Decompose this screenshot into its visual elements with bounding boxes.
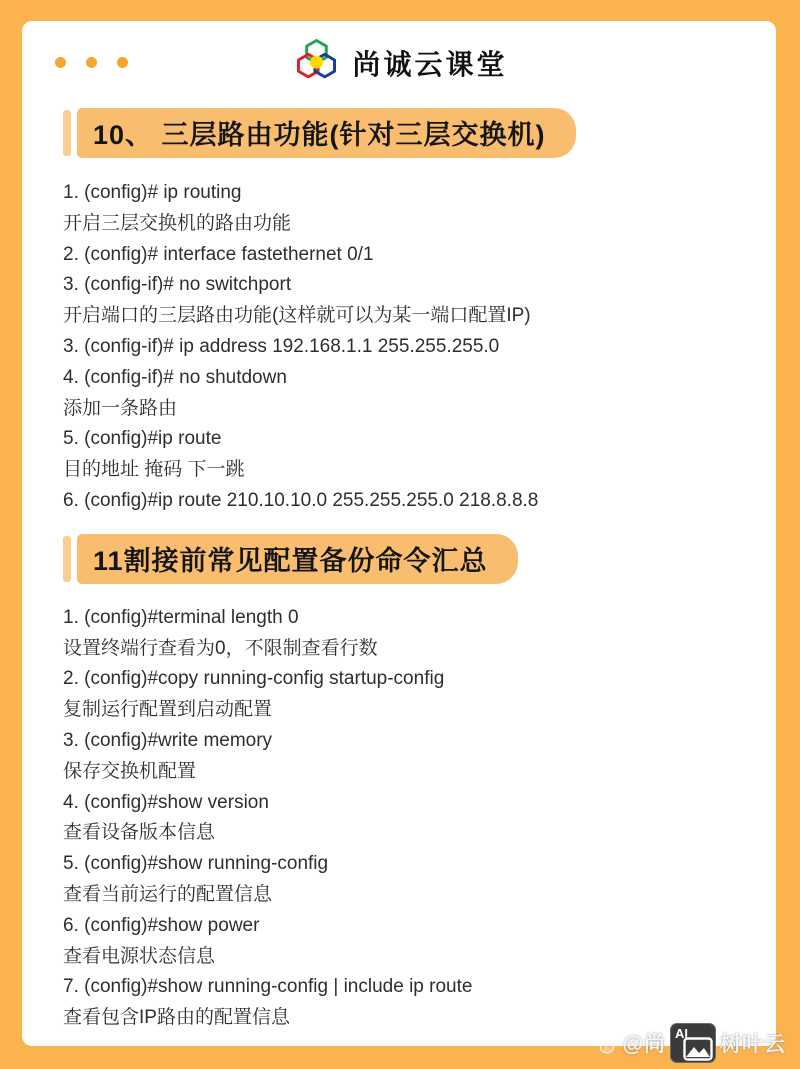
dot-icon (86, 57, 97, 68)
section-backup-commands: 11割接前常见配置备份命令汇总 1. (config)#terminal len… (22, 534, 776, 1034)
ai-generated-badge: AI (670, 1023, 716, 1063)
text-line: 查看当前运行的配置信息 (63, 880, 776, 911)
accent-bar (63, 536, 71, 582)
section-title: 10、 三层路由功能(针对三层交换机) (77, 108, 576, 158)
text-line: 开启端口的三层路由功能(这样就可以为某一端口配置IP) (63, 301, 776, 332)
top-row: 尚诚云课堂 (22, 33, 776, 91)
text-line: 6. (config)#ip route 210.10.10.0 255.255… (63, 486, 776, 517)
text-line: 5. (config)#show running-config (63, 849, 776, 880)
watermark: du @尚 AI 树叶云 (595, 1023, 786, 1063)
text-line: 3. (config)#write memory (63, 726, 776, 757)
baidu-paw-icon: du (595, 1031, 619, 1055)
section-header: 11割接前常见配置备份命令汇总 (63, 534, 776, 584)
text-line: 5. (config)#ip route (63, 424, 776, 455)
text-line: 2. (config)#copy running-config startup-… (63, 664, 776, 695)
text-line: 6. (config)#show power (63, 911, 776, 942)
text-line: 查看电源状态信息 (63, 942, 776, 973)
text-line: 3. (config-if)# ip address 192.168.1.1 2… (63, 332, 776, 363)
watermark-handle: @尚 (623, 1028, 666, 1058)
text-line: 复制运行配置到启动配置 (63, 695, 776, 726)
command-list: 1. (config)#terminal length 0设置终端行查看为0，不… (63, 603, 776, 1034)
dot-icon (117, 57, 128, 68)
text-line: 7. (config)#show running-config | includ… (63, 972, 776, 1003)
section-title: 11割接前常见配置备份命令汇总 (77, 534, 518, 584)
hexagon-logo-icon (290, 37, 342, 89)
text-line: 开启三层交换机的路由功能 (63, 209, 776, 240)
dot-icon (55, 57, 66, 68)
watermark-name: 树叶云 (720, 1028, 786, 1058)
content-card: 尚诚云课堂 10、 三层路由功能(针对三层交换机) 1. (config)# i… (22, 21, 776, 1046)
poster-page: { "brand": { "name": "尚诚云课堂" }, "section… (0, 0, 800, 1069)
text-line: 1. (config)#terminal length 0 (63, 603, 776, 634)
accent-bar (63, 110, 71, 156)
baidu-du-label: du (603, 1046, 611, 1053)
text-line: 设置终端行查看为0，不限制查看行数 (63, 634, 776, 665)
text-line: 1. (config)# ip routing (63, 178, 776, 209)
brand-name: 尚诚云课堂 (352, 43, 507, 83)
decorative-dots (55, 57, 128, 68)
command-list: 1. (config)# ip routing开启三层交换机的路由功能2. (c… (63, 178, 776, 517)
section-header: 10、 三层路由功能(针对三层交换机) (63, 108, 776, 158)
section-layer3-routing: 10、 三层路由功能(针对三层交换机) 1. (config)# ip rout… (22, 108, 776, 517)
text-line: 2. (config)# interface fastethernet 0/1 (63, 240, 776, 271)
text-line: 添加一条路由 (63, 394, 776, 425)
text-line: 查看设备版本信息 (63, 818, 776, 849)
picture-mountains-icon (683, 1037, 713, 1061)
brand-logo: 尚诚云课堂 (290, 37, 507, 89)
text-line: 保存交换机配置 (63, 757, 776, 788)
text-line: 4. (config-if)# no shutdown (63, 363, 776, 394)
text-line: 目的地址 掩码 下一跳 (63, 455, 776, 486)
text-line: 3. (config-if)# no switchport (63, 270, 776, 301)
text-line: 4. (config)#show version (63, 788, 776, 819)
